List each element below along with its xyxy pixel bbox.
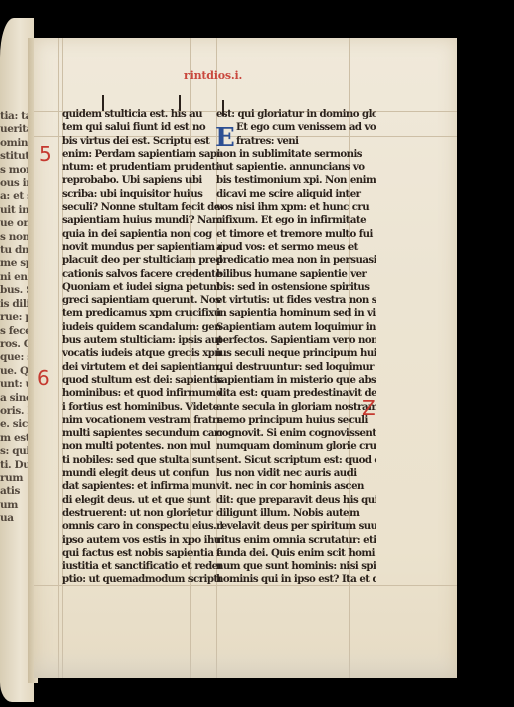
text-line: enim: Perdam sapientiam sapie	[62, 148, 222, 161]
text-line: ipso autem vos estis in xpo ihu:	[62, 534, 222, 547]
ruling-line	[58, 38, 59, 678]
text-line: diligunt illum. Nobis autem	[216, 507, 376, 520]
text-line: sent. Sicut scriptum est: quod ocu	[216, 454, 376, 467]
text-line: ni enim	[0, 271, 30, 284]
text-line: hominibus: et quod infirmum est de	[62, 387, 222, 400]
text-line: novit mundus per sapientiam deu:	[62, 241, 222, 254]
text-line: uit in dno	[0, 204, 30, 217]
text-line: cognovit. Si enim cognovissent:	[216, 427, 376, 440]
text-line: predicatio mea non in persuasi	[216, 254, 376, 267]
text-line: iudeis quidem scandalum: genti	[62, 321, 222, 334]
text-line: m est	[0, 432, 30, 445]
running-head: rintdios.i.	[184, 69, 242, 82]
text-line: stitutus	[0, 150, 30, 163]
text-line: is dilige	[0, 298, 30, 311]
text-line: bis testimonium xpi. Non enim iu	[216, 174, 376, 187]
text-line: funda dei. Quis enim scit homi	[216, 547, 376, 560]
margin-number-6: 6	[37, 366, 50, 390]
text-line: nim vocationem vestram fratres: quia non	[62, 414, 222, 427]
text-line: dei virtutem et dei sapientiam. Quia	[62, 361, 222, 374]
text-line: i fortius est hominibus. Videte e	[62, 401, 222, 414]
text-line: lus non vidit nec auris audi	[216, 467, 376, 480]
text-line: revelavit deus per spiritum suum. Spi	[216, 520, 376, 533]
margin-number-5: 5	[39, 142, 52, 166]
text-line: et virtutis: ut fides vestra non sit	[216, 294, 376, 307]
text-line: vos nisi ihm xpm: et hunc cru	[216, 201, 376, 214]
text-line: um	[0, 499, 30, 512]
text-line: ros. Que	[0, 338, 30, 351]
text-line: ue. Qui	[0, 365, 30, 378]
text-line: tem qui salui fiunt id est no	[62, 121, 222, 134]
text-line: bus. Scio	[0, 284, 30, 297]
text-line: perfectos. Sapientiam vero non hu	[216, 334, 376, 347]
text-line: ti nobiles: sed que stulta sunt	[62, 454, 222, 467]
text-line: et timore et tremore multo fui	[216, 228, 376, 241]
text-line: quod stultum est dei: sapientius est	[62, 374, 222, 387]
text-line: in sapientia hominum sed in virtute dei.	[216, 307, 376, 320]
text-line: bis: sed in ostensione spiritus	[216, 281, 376, 294]
text-column-left: quidem stulticia est. his autem qui salu…	[62, 108, 222, 587]
text-line: ueritas ab	[0, 123, 30, 136]
text-line: apud vos: et sermo meus et	[216, 241, 376, 254]
margin-number-z: Z	[362, 396, 376, 420]
decorated-initial: E	[215, 125, 237, 151]
text-line: unt: ut	[0, 378, 30, 391]
text-line: vit. nec in cor hominis ascen	[216, 480, 376, 493]
text-line: que: sed	[0, 351, 30, 364]
text-line: ominis: in	[0, 137, 30, 150]
text-line: greci sapientiam querunt. Nos au	[62, 294, 222, 307]
text-line: dicavi me scire aliquid inter	[216, 188, 376, 201]
text-line: ius seculi neque principum huius seculi	[216, 347, 376, 360]
text-line: oris. Ego	[0, 405, 30, 418]
text-line: bilibus humane sapientie ver	[216, 268, 376, 281]
text-line: ous in pace	[0, 177, 30, 190]
text-line: ritus enim omnia scrutatur: etiam pro	[216, 534, 376, 547]
text-line: quia in dei sapientia non cog	[62, 228, 222, 241]
text-line: a: et spiritu	[0, 190, 30, 203]
text-line: ti. Du	[0, 459, 30, 472]
text-line: qui factus est nobis sapientia et	[62, 547, 222, 560]
text-line: e. sicut	[0, 418, 30, 431]
text-line: aut sapientie. annuncians vo	[216, 161, 376, 174]
text-line: quidem stulticia est. his au	[62, 108, 222, 121]
text-line: s: quia	[0, 445, 30, 458]
text-line: bus autem stulticiam: ipsis autem	[62, 334, 222, 347]
text-line: num que sunt hominis: nisi spiritus	[216, 560, 376, 573]
text-line: seculi? Nonne stultam fecit deus	[62, 201, 222, 214]
text-line: placuit deo per stulticiam predi	[62, 254, 222, 267]
text-line: dat sapientes: et infirma mun	[62, 480, 222, 493]
text-line: fratres: veni	[216, 135, 376, 148]
text-line: rum	[0, 472, 30, 485]
text-line: nemo principum huius seculi	[216, 414, 376, 427]
text-line: cifixum. Et ego in infirmitate	[216, 214, 376, 227]
text-line: ua	[0, 512, 30, 525]
text-line: s fecerit	[0, 325, 30, 338]
text-column-right: est: qui gloriatur in domino glorietur.E…	[216, 108, 376, 587]
text-line: vocatis iudeis atque grecis xpm	[62, 347, 222, 360]
text-line: me spiritu	[0, 257, 30, 270]
text-line: mundi elegit deus ut confun	[62, 467, 222, 480]
text-line: Et ego cum venissem ad vos Capitulum ij	[216, 121, 376, 134]
text-line: ptio: ut quemadmodum scriptum	[62, 573, 222, 586]
text-line: s mortali	[0, 164, 30, 177]
text-line: bis virtus dei est. Scriptu est	[62, 135, 222, 148]
text-line: sapientiam in misterio que abscon	[216, 374, 376, 387]
text-line: rue: per	[0, 311, 30, 324]
text-line: Sapientiam autem loquimur inter	[216, 321, 376, 334]
text-line: Quoniam et iudei signa petunt: et	[62, 281, 222, 294]
text-line: cationis salvos facere credentes.	[62, 268, 222, 281]
text-line: di elegit deus. ut et que sunt	[62, 494, 222, 507]
text-line: destruerent: ut non glorietur	[62, 507, 222, 520]
text-line: non in sublimitate sermonis	[216, 148, 376, 161]
left-page-text-fragments: tia: tamenueritas abominis: institutuss …	[0, 110, 30, 580]
text-line: ntum: et prudentiam prudentium	[62, 161, 222, 174]
text-line: ue omnia	[0, 217, 30, 230]
text-line: atis	[0, 485, 30, 498]
text-line: multi sapientes secundum carnem:	[62, 427, 222, 440]
text-line: dita est: quam predestinavit deus	[216, 387, 376, 400]
right-page: rintdios.i. quidem stulticia est. his au…	[34, 38, 457, 678]
text-line: tu dni. Ha	[0, 244, 30, 257]
text-line: ante secula in gloriam nostram quam	[216, 401, 376, 414]
text-line: s nomine	[0, 231, 30, 244]
text-line: hominis qui in ipso est? Ita et que	[216, 573, 376, 586]
text-line: non multi potentes. non mul	[62, 440, 222, 453]
text-line: tem predicamus xpm crucifixu:	[62, 307, 222, 320]
text-line: est: qui gloriatur in domino glorietur.	[216, 108, 376, 121]
text-line: numquam dominum glorie crucifixis	[216, 440, 376, 453]
text-line: a sine	[0, 392, 30, 405]
text-line: dit: que preparavit deus his qui	[216, 494, 376, 507]
text-line: iustitia et sanctificatio et redem	[62, 560, 222, 573]
text-line: qui destruuntur: sed loquimur dei	[216, 361, 376, 374]
text-line: sapientiam huius mundi? Nam	[62, 214, 222, 227]
text-line: omnis caro in conspectu eius. Ex	[62, 520, 222, 533]
text-line: scriba: ubi inquisitor huius	[62, 188, 222, 201]
text-line: tia: tamen	[0, 110, 30, 123]
text-line: reprobabo. Ubi sapiens ubi	[62, 174, 222, 187]
